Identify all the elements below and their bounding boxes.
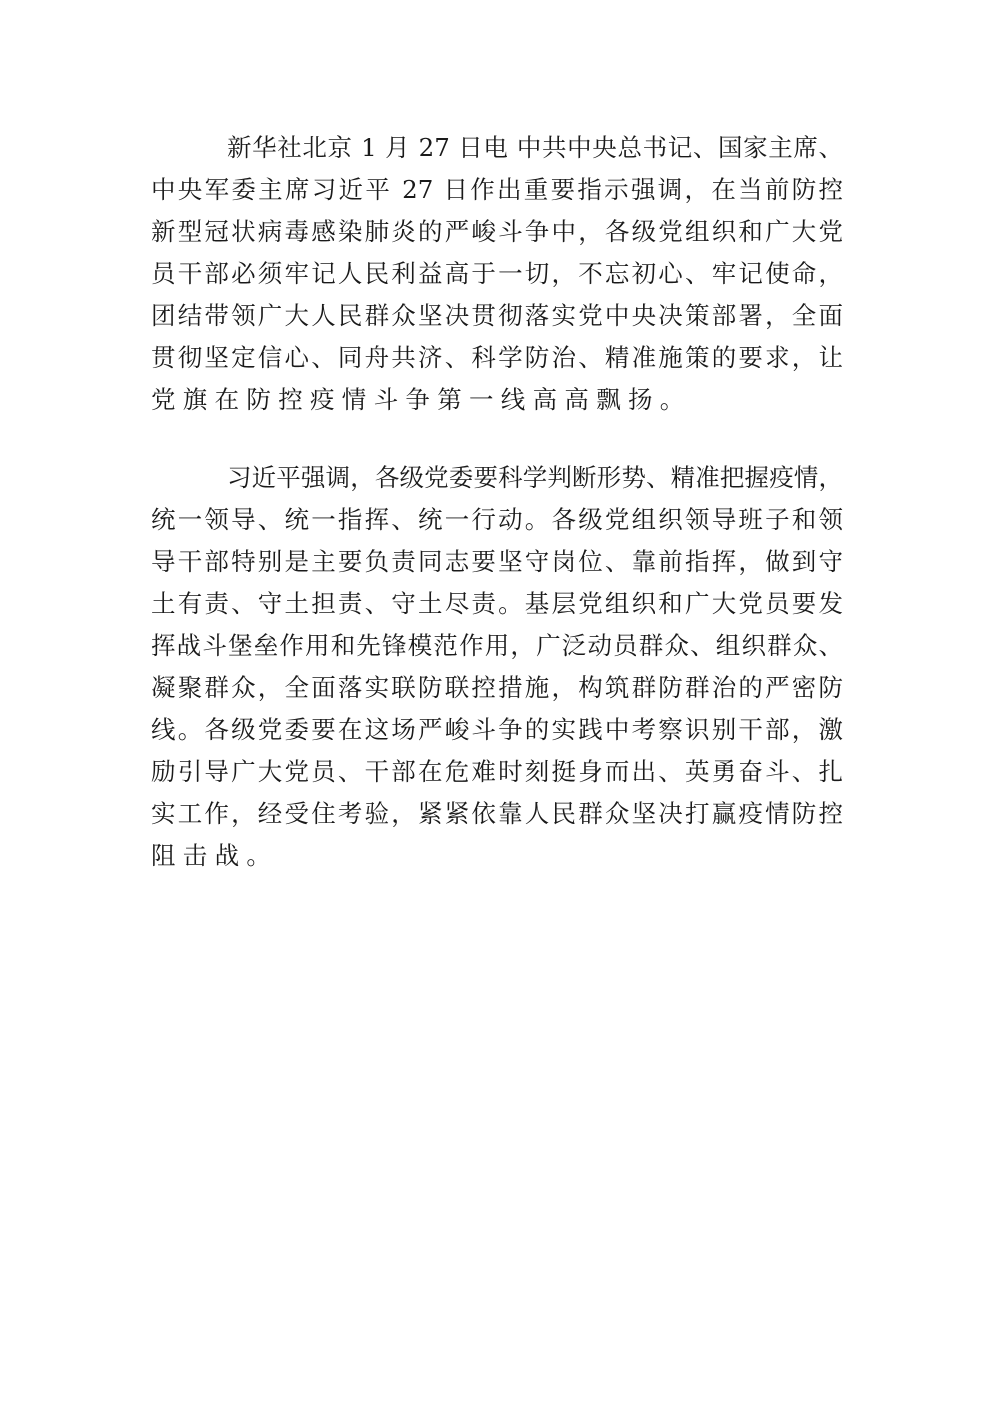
text-line: 习近平强调，各级党委要科学判断形势、精准把握疫情，: [151, 457, 843, 499]
text-line: 凝聚群众，全面落实联防联控措施，构筑群防群治的严密防: [151, 667, 843, 709]
text-line: 励引导广大党员、干部在危难时刻挺身而出、英勇奋斗、扎: [151, 751, 843, 793]
text-line: 挥战斗堡垒作用和先锋模范作用，广泛动员群众、组织群众、: [151, 625, 843, 667]
text-line: 员干部必须牢记人民利益高于一切，不忘初心、牢记使命，: [151, 253, 843, 295]
paragraph-2: 习近平强调，各级党委要科学判断形势、精准把握疫情， 统一领导、统一指挥、统一行动…: [151, 457, 843, 877]
text-line: 新型冠状病毒感染肺炎的严峻斗争中，各级党组织和广大党: [151, 211, 843, 253]
text-line: 实工作，经受住考验，紧紧依靠人民群众坚决打赢疫情防控: [151, 793, 843, 835]
text-line: 土有责、守土担责、守土尽责。基层党组织和广大党员要发: [151, 583, 843, 625]
text-line: 中央军委主席习近平 27 日作出重要指示强调，在当前防控: [151, 169, 843, 211]
text-line: 统一领导、统一指挥、统一行动。各级党组织领导班子和领: [151, 499, 843, 541]
text-line: 贯彻坚定信心、同舟共济、科学防治、精准施策的要求，让: [151, 337, 843, 379]
text-line: 线。各级党委要在这场严峻斗争的实践中考察识别干部，激: [151, 709, 843, 751]
text-line: 导干部特别是主要负责同志要坚守岗位、靠前指挥，做到守: [151, 541, 843, 583]
paragraph-1: 新华社北京 1 月 27 日电 中共中央总书记、国家主席、 中央军委主席习近平 …: [151, 127, 843, 421]
text-line: 团结带领广大人民群众坚决贯彻落实党中央决策部署，全面: [151, 295, 843, 337]
text-line: 阻击战。: [151, 835, 843, 877]
text-line: 党旗在防控疫情斗争第一线高高飘扬。: [151, 379, 843, 421]
article-body: 新华社北京 1 月 27 日电 中共中央总书记、国家主席、 中央军委主席习近平 …: [151, 127, 843, 877]
document-page: 新华社北京 1 月 27 日电 中共中央总书记、国家主席、 中央军委主席习近平 …: [0, 0, 992, 1403]
text-line: 新华社北京 1 月 27 日电 中共中央总书记、国家主席、: [151, 127, 843, 169]
